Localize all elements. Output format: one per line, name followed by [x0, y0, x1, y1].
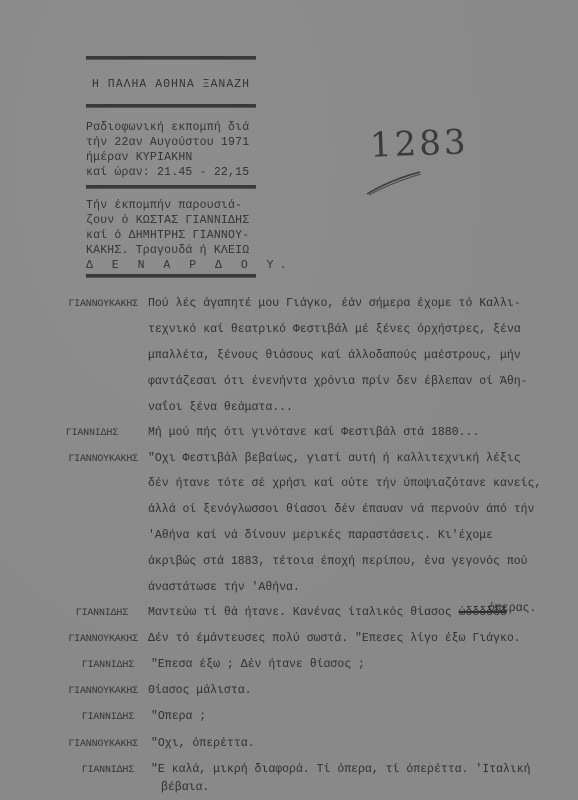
header-rule-bottom [86, 274, 256, 278]
broadcast-info-line: ήμέραν ΚΥΡΙΑΚΗΝ [86, 150, 261, 165]
handwritten-number: 1283 [369, 122, 469, 165]
dialogue-line: Δέν τό έμάντευσες πολύ σωστά. "Επεσες λί… [148, 632, 521, 645]
broadcast-info-line: καί ώραν: 21.45 - 22,15 [86, 165, 261, 180]
dialogue-line: "Επεσα έξω ; Δέν ήτανε θίασος ; [151, 658, 365, 671]
header-rule [86, 104, 256, 108]
document-title: Η ΠΑΛΗΑ ΑΘΗΝΑ ΞΑΝΑΖΗ [92, 77, 267, 92]
dialogue-line: ναΐοι ξένα θεάματα... [148, 401, 293, 414]
dialogue-line: "Οχι Φεστιβάλ βεβαίως, γιατί αυτή ή καλλ… [148, 452, 521, 465]
header-rule [86, 185, 256, 189]
speaker-name: ΓΙΑΝΝΙΔΗΣ [40, 608, 128, 619]
presenters-line: Δ Ε Ν Α Ρ Δ Ο Υ. [86, 258, 261, 273]
speaker-name: ΓΙΑΝΝΙΔΗΣ [50, 712, 134, 723]
speaker-name: ΓΙΑΝΝΟΥΚΑΚΗΣ [40, 739, 138, 750]
speaker-name: ΓΙΑΝΝΟΥΚΑΚΗΣ [40, 454, 138, 465]
typewritten-page: Η ΠΑΛΗΑ ΑΘΗΝΑ ΞΑΝΑΖΗ Ραδιοφωνική εκπομπή… [0, 0, 578, 800]
dialogue-line: τεχνικό καί θεατρικό Φεστιβάλ μέ ξένες ό… [148, 323, 521, 336]
broadcast-info-line: τήν 22αν Αυγούστου 1971 [86, 135, 261, 150]
dialogue-line: Πού λές άγαπητέ μου Γιάγκο, έάν σήμερα έ… [148, 297, 521, 310]
dialogue-line: Θίασος μάλιστα. [148, 684, 252, 697]
dialogue-line: 'Αθήνα καί νά δίνουν μερικές παραστάσεις… [148, 529, 493, 542]
broadcast-info-line: Ραδιοφωνική εκπομπή διά [86, 120, 261, 135]
dialogue-line: "Ε καλά, μικρή διαφορά. Τί όπερα, τί όπε… [151, 763, 531, 776]
dialogue-line: φαντάζεσαι ότι ένενήντα χρόνια πρίν δεν … [148, 375, 528, 388]
dialogue-line: άναστάτωσε τήν 'Αθήνα. [148, 581, 300, 594]
presenters-line: ΚΑΚΗΣ. Τραγουδά ή ΚΛΕΙΩ [86, 243, 261, 258]
dialogue-line: Μή μού πής ότι γινότανε καί Φεστιβάλ στά… [148, 426, 479, 439]
dialogue-line: "Οπερα ; [151, 710, 206, 723]
broadcast-info: Ραδιοφωνική εκπομπή διά τήν 22αν Αυγούστ… [86, 120, 261, 180]
header-rule-top [86, 56, 256, 60]
speaker-name: ΓΙΑΝΝΟΥΚΑΚΗΣ [42, 686, 138, 697]
speaker-name: ΓΙΑΝΝΟΥΚΑΚΗΣ [40, 299, 138, 310]
presenters-line: καί ό ΔΗΜΗΤΡΗΣ ΓΙΑΝΝΟΥ- [86, 228, 261, 243]
dialogue-line: βέβαια. [161, 781, 209, 794]
dialogue-line: άκριβώς στά 1883, τέτοια έποχή περίπου, … [148, 555, 528, 568]
struck-out-word: ώδδδδδδ [459, 606, 507, 619]
speaker-name: ΓΙΑΝΝΙΔΗΣ [50, 765, 134, 776]
presenters-line: Τήν έκπομπήν παρουσιά- [86, 198, 261, 213]
dialogue-text: Μαντεύω τί θά ήτανε. Κανένας ίταλικός θί… [148, 606, 452, 619]
dialogue-line: άλλά οί ξενόγλωσσοι θίασοι δέν έπαυαν νά… [148, 503, 534, 516]
dialogue-line: δέν ήτανε τότε σέ χρήσι καί ούτε τήν ύπο… [148, 477, 541, 490]
dialogue-line: Μαντεύω τί θά ήτανε. Κανένας ίταλικός θί… [148, 606, 507, 619]
dialogue-line: μπαλλέτα, ξένους θιάσους καί άλλοδαπούς … [148, 349, 521, 362]
speaker-name: ΓΙΑΝΝΙΔΗΣ [50, 660, 134, 671]
speaker-name: ΓΙΑΝΝΟΥΚΑΚΗΣ [40, 634, 138, 645]
handwritten-stroke [365, 168, 425, 198]
presenters-line: ζουν ό ΚΩΣΤΑΣ ΓΙΑΝΝΙΔΗΣ [86, 213, 261, 228]
dialogue-line: "Οχι, όπερέττα. [151, 737, 255, 750]
presenters-info: Τήν έκπομπήν παρουσιά- ζουν ό ΚΩΣΤΑΣ ΓΙΑ… [86, 198, 261, 273]
speaker-name: ΓΙΑΝΝΙΔΗΣ [40, 428, 118, 439]
